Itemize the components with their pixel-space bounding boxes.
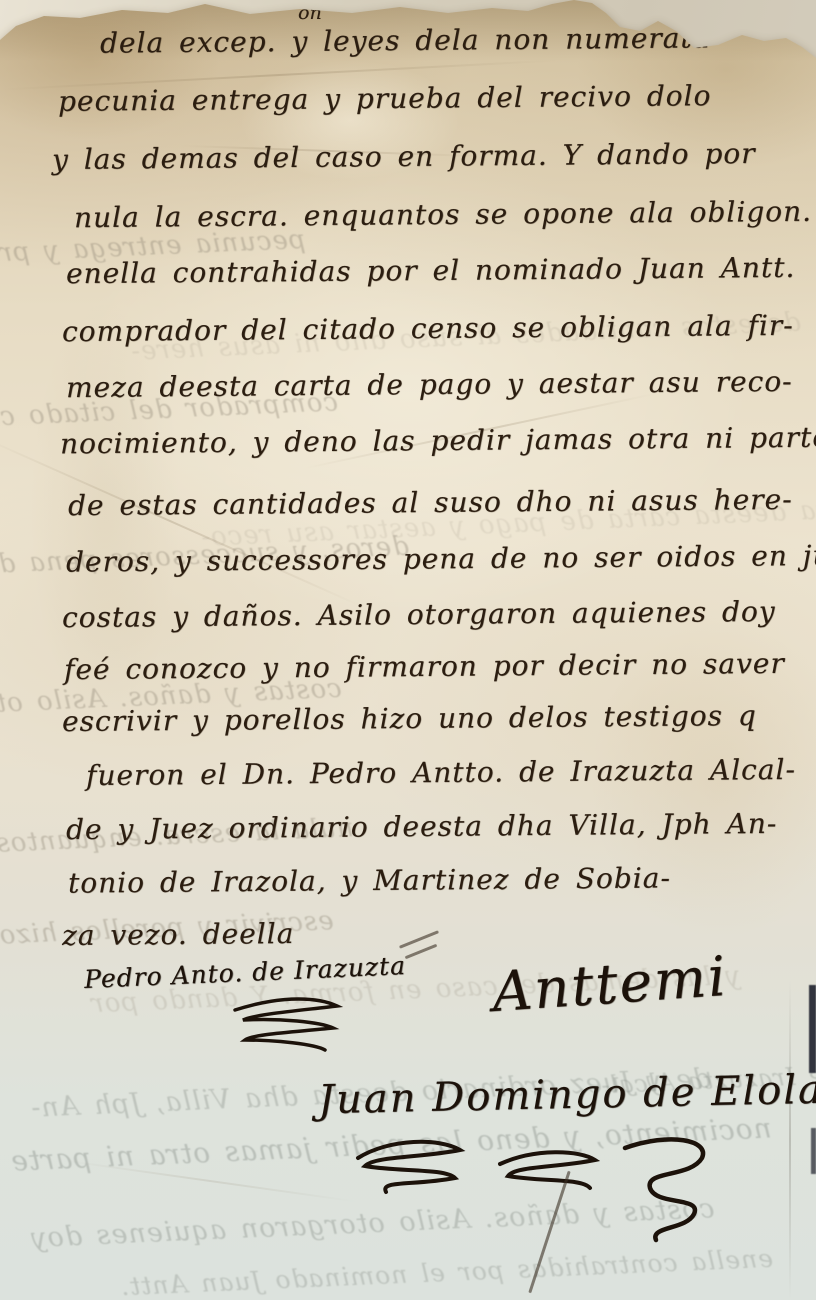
paper-sheet-wrap: pecunia entrega y prueba del recivo dolo… xyxy=(0,0,816,1300)
manuscript-line: deros, y successores pena de no ser oido… xyxy=(66,538,816,578)
manuscript-line: nocimiento, y deno las pedir jamas otra … xyxy=(60,421,816,461)
manuscript-line: tonio de Irazola, y Martinez de Sobia- xyxy=(68,861,671,899)
manuscript-line: dela excep. y leyes dela non numerata xyxy=(100,21,711,59)
scan-edge-mark xyxy=(809,985,816,1073)
manuscript-line: escrivir y porellos hizo uno delos testi… xyxy=(62,699,757,738)
manuscript-line: de estas cantidades al suso dho ni asus … xyxy=(68,483,793,522)
manuscript-page: pecunia entrega y prueba del recivo dolo… xyxy=(0,0,816,1300)
manuscript-line: y las demas del caso en forma. Y dando p… xyxy=(52,137,756,176)
manuscript-line: enella contrahidas por el nominado Juan … xyxy=(66,251,796,290)
stray-ink-stroke xyxy=(405,944,438,960)
bleedthrough-text: enella contrahidas por el nominado Juan … xyxy=(120,1244,774,1300)
notary-signature-rubric xyxy=(350,1130,730,1250)
manuscript-line: meza deesta carta de pago y aestar asu r… xyxy=(66,365,793,404)
manuscript-line: pecunia entrega y prueba del recivo dolo xyxy=(58,79,712,118)
manuscript-line: nula la escra. enquantos se opone ala ob… xyxy=(74,195,812,234)
notary-attestation-signature: Anttemi xyxy=(490,944,730,1024)
manuscript-scan: pecunia entrega y prueba del recivo dolo… xyxy=(0,0,816,1300)
manuscript-line: za vezo. deella xyxy=(62,917,295,952)
manuscript-line: comprador del citado censo se obligan al… xyxy=(62,309,794,348)
witness-signature-rubric xyxy=(225,992,355,1062)
scan-edge-mark xyxy=(811,1128,816,1174)
paper-fold-line xyxy=(789,980,791,1300)
manuscript-line: feé conozco y no firmaron por decir no s… xyxy=(64,647,785,686)
manuscript-line: fueron el Dn. Pedro Antto. de Irazuzta A… xyxy=(86,753,796,792)
line-superscript: on xyxy=(298,2,322,24)
manuscript-line: de y Juez ordinario deesta dha Villa, Jp… xyxy=(66,807,778,846)
manuscript-line: costas y daños. Asilo otorgaron aquienes… xyxy=(62,595,776,634)
